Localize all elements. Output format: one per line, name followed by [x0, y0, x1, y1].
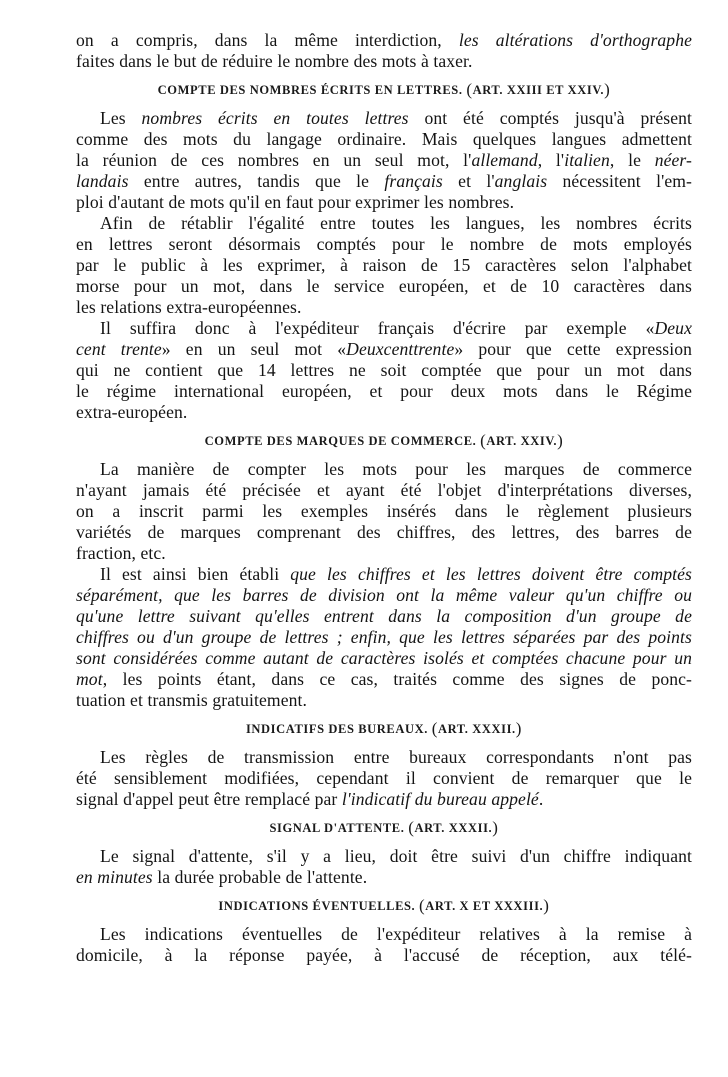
italic-text: anglais [495, 171, 548, 191]
text-run: ont été comptés jusqu'à présent [409, 108, 692, 128]
text-run: la durée probable de l'attente. [153, 867, 367, 887]
italic-text: néer- [655, 150, 692, 170]
text-line: Il est ainsi bien établi que les chiffre… [76, 564, 692, 585]
text-run: été sensiblement modifiées, cependant il… [76, 768, 692, 788]
section: COMPTE DES MARQUES DE COMMERCE. (ART. XX… [76, 431, 692, 711]
italic-text: italien [564, 150, 610, 170]
paragraph: Le signal d'attente, s'il y a lieu, doit… [76, 846, 692, 888]
italic-text: en minutes [76, 867, 153, 887]
text-line: été sensiblement modifiées, cependant il… [76, 768, 692, 789]
text-line: mot, les points étant, dans ce cas, trai… [76, 669, 692, 690]
text-line: faites dans le but de réduire le nombre … [76, 51, 692, 72]
italic-text: landais [76, 171, 129, 191]
text-run: et l' [443, 171, 495, 191]
italic-text: français [384, 171, 442, 191]
text-line: on a compris, dans la même interdiction,… [76, 30, 692, 51]
paragraph: Les règles de transmission entre bureaux… [76, 747, 692, 810]
text-run: . [539, 789, 544, 809]
article-reference: ART. XXXII. [438, 722, 516, 736]
text-line: séparément, que les barres de division o… [76, 585, 692, 606]
section: INDICATIONS ÉVENTUELLES. (ART. X ET XXXI… [76, 896, 692, 966]
italic-text: l'indicatif du bureau appelé [342, 789, 539, 809]
text-line: sont considérées comme autant de caractè… [76, 648, 692, 669]
italic-text: Deuxcenttrente [346, 339, 454, 359]
paragraph: Les nombres écrits en toutes lettres ont… [76, 108, 692, 213]
text-line: Il suffira donc à l'expéditeur français … [76, 318, 692, 339]
text-line: comme des mots du langage ordinaire. Mai… [76, 129, 692, 150]
close-paren: ) [604, 80, 610, 99]
text-line: La manière de compter les mots pour les … [76, 459, 692, 480]
section: INDICATIFS DES BUREAUX. (ART. XXXII.)Les… [76, 719, 692, 810]
close-paren: ) [543, 896, 549, 915]
paragraph: Afin de rétablir l'égalité entre toutes … [76, 213, 692, 318]
paragraph: Il est ainsi bien établi que les chiffre… [76, 564, 692, 711]
text-run: , le [610, 150, 655, 170]
text-run: ploi d'autant de mots qu'il en faut pour… [76, 192, 514, 212]
text-run: morse pour un mot, dans le service europ… [76, 276, 692, 296]
text-line: les relations extra-européennes. [76, 297, 692, 318]
text-run: entre autres, tandis que le [129, 171, 385, 191]
text-run: on a compris, dans la même interdiction, [76, 30, 459, 50]
text-run: La manière de compter les mots pour les … [100, 459, 692, 479]
article-reference: ART. XXIII ET XXIV. [473, 83, 604, 97]
text-line: qu'une lettre suivant qu'elles entrent d… [76, 606, 692, 627]
italic-text: qu'une lettre suivant qu'elles entrent d… [76, 606, 692, 626]
text-run: le régime international européen, et pou… [76, 381, 692, 401]
continuation-paragraph: on a compris, dans la même interdiction,… [76, 30, 692, 72]
text-line: par le public à les exprimer, à raison d… [76, 255, 692, 276]
italic-text: séparément, que les barres de division o… [76, 585, 692, 605]
article-reference: ART. XXXII. [414, 821, 492, 835]
text-run: domicile, à la réponse payée, à l'accusé… [76, 945, 692, 965]
text-run: , les points étant, dans ce cas, traités… [103, 669, 692, 689]
close-paren: ) [492, 818, 498, 837]
text-run: extra-européen. [76, 402, 187, 422]
text-line: chiffres ou d'un groupe de lettres ; enf… [76, 627, 692, 648]
section-title: SIGNAL D'ATTENTE. [269, 821, 404, 835]
text-line: signal d'appel peut être remplacé par l'… [76, 789, 692, 810]
text-run: signal d'appel peut être remplacé par [76, 789, 342, 809]
section-title: INDICATIONS ÉVENTUELLES. [218, 899, 415, 913]
italic-text: Deux [654, 318, 692, 338]
text-line: Les indications éventuelles de l'expédit… [76, 924, 692, 945]
text-run: , l' [538, 150, 564, 170]
text-run: Afin de rétablir l'égalité entre toutes … [100, 213, 692, 233]
section-title: COMPTE DES MARQUES DE COMMERCE. [205, 434, 477, 448]
text-line: en minutes la durée probable de l'attent… [76, 867, 692, 888]
italic-text: cent trente [76, 339, 162, 359]
text-run: fraction, etc. [76, 543, 166, 563]
text-run: Les règles de transmission entre bureaux… [100, 747, 692, 767]
text-line: morse pour un mot, dans le service europ… [76, 276, 692, 297]
text-run: variétés de marques comprenant des chiff… [76, 522, 692, 542]
italic-text: sont considérées comme autant de caractè… [76, 648, 692, 668]
close-paren: ) [516, 719, 522, 738]
text-line: on a inscrit parmi les exemples insérés … [76, 501, 692, 522]
section: SIGNAL D'ATTENTE. (ART. XXXII.)Le signal… [76, 818, 692, 888]
section-title: COMPTE DES NOMBRES ÉCRITS EN LETTRES. [158, 83, 463, 97]
text-run: la réunion de ces nombres en un seul mot… [76, 150, 471, 170]
text-line: n'ayant jamais été précisée et ayant été… [76, 480, 692, 501]
text-line: domicile, à la réponse payée, à l'accusé… [76, 945, 692, 966]
text-line: la réunion de ces nombres en un seul mot… [76, 150, 692, 171]
section-heading: INDICATIONS ÉVENTUELLES. (ART. X ET XXXI… [76, 896, 692, 916]
paragraph: Les indications éventuelles de l'expédit… [76, 924, 692, 966]
italic-text: les altérations d'orthographe [459, 30, 692, 50]
text-line: Les nombres écrits en toutes lettres ont… [76, 108, 692, 129]
text-run: faites dans le but de réduire le nombre … [76, 51, 473, 71]
document-page: on a compris, dans la même interdiction,… [76, 30, 692, 966]
section: COMPTE DES NOMBRES ÉCRITS EN LETTRES. (A… [76, 80, 692, 423]
article-reference: ART. X ET XXXIII. [425, 899, 543, 913]
section-title: INDICATIFS DES BUREAUX. [246, 722, 428, 736]
text-run: Les [100, 108, 142, 128]
text-line: en lettres seront désormais comptés pour… [76, 234, 692, 255]
text-line: landais entre autres, tandis que le fran… [76, 171, 692, 192]
text-run: nécessitent l'em- [547, 171, 692, 191]
text-run: par le public à les exprimer, à raison d… [76, 255, 692, 275]
text-line: Les règles de transmission entre bureaux… [76, 747, 692, 768]
text-line: Le signal d'attente, s'il y a lieu, doit… [76, 846, 692, 867]
text-run: » pour que cette expression [454, 339, 692, 359]
italic-text: chiffres ou d'un groupe de lettres ; enf… [76, 627, 692, 647]
text-run: Il est ainsi bien établi [100, 564, 290, 584]
text-line: le régime international européen, et pou… [76, 381, 692, 402]
text-run: Il suffira donc à l'expéditeur français … [100, 318, 654, 338]
text-line: tuation et transmis gratuitement. [76, 690, 692, 711]
section-heading: INDICATIFS DES BUREAUX. (ART. XXXII.) [76, 719, 692, 739]
text-run: » en un seul mot « [162, 339, 346, 359]
text-run: comme des mots du langage ordinaire. Mai… [76, 129, 692, 149]
text-line: cent trente» en un seul mot «Deuxcenttre… [76, 339, 692, 360]
close-paren: ) [557, 431, 563, 450]
italic-text: que les chiffres et les lettres doivent … [290, 564, 692, 584]
section-heading: COMPTE DES NOMBRES ÉCRITS EN LETTRES. (A… [76, 80, 692, 100]
article-reference: ART. XXIV. [486, 434, 557, 448]
text-line: fraction, etc. [76, 543, 692, 564]
section-heading: SIGNAL D'ATTENTE. (ART. XXXII.) [76, 818, 692, 838]
text-run: Le signal d'attente, s'il y a lieu, doit… [100, 846, 692, 866]
text-line: extra-européen. [76, 402, 692, 423]
italic-text: allemand [471, 150, 537, 170]
text-run: en lettres seront désormais comptés pour… [76, 234, 692, 254]
text-line: qui ne contient que 14 lettres ne soit c… [76, 360, 692, 381]
text-line: variétés de marques comprenant des chiff… [76, 522, 692, 543]
section-heading: COMPTE DES MARQUES DE COMMERCE. (ART. XX… [76, 431, 692, 451]
italic-text: nombres écrits en toutes lettres [142, 108, 409, 128]
text-line: Afin de rétablir l'égalité entre toutes … [76, 213, 692, 234]
text-run: tuation et transmis gratuitement. [76, 690, 307, 710]
text-run: qui ne contient que 14 lettres ne soit c… [76, 360, 692, 380]
paragraph: Il suffira donc à l'expéditeur français … [76, 318, 692, 423]
text-run: on a inscrit parmi les exemples insérés … [76, 501, 692, 521]
text-line: ploi d'autant de mots qu'il en faut pour… [76, 192, 692, 213]
text-run: n'ayant jamais été précisée et ayant été… [76, 480, 692, 500]
text-run: Les indications éventuelles de l'expédit… [100, 924, 692, 944]
text-run: les relations extra-européennes. [76, 297, 301, 317]
paragraph: La manière de compter les mots pour les … [76, 459, 692, 564]
italic-text: mot [76, 669, 103, 689]
